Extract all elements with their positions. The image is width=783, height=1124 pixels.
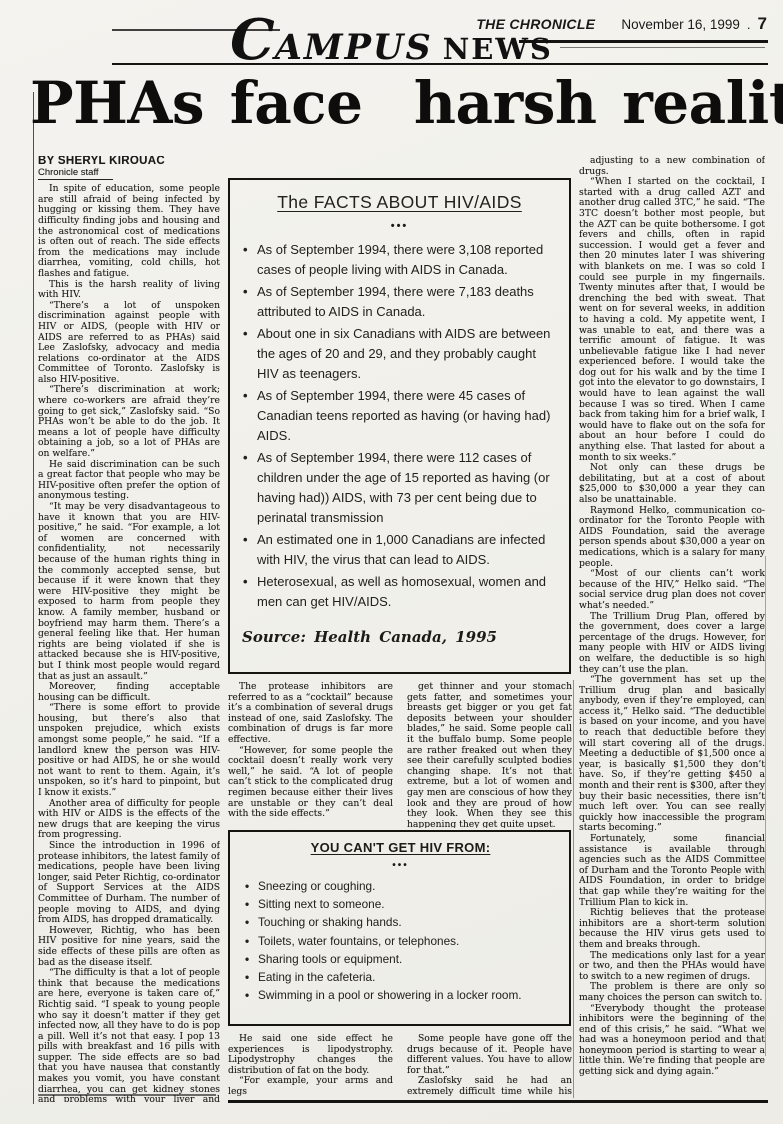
facts-bullet: As of September 1994, there were 7,183 d… xyxy=(242,282,557,322)
section-masthead: CAMPUSNEWS xyxy=(230,12,553,68)
middle-text-row: The protease inhibitors are referred to … xyxy=(228,682,572,828)
paragraph: Not only can these drugs be debilitating… xyxy=(579,463,765,505)
issue-date: November 16, 1999 xyxy=(621,17,740,32)
paragraph: He said one side effect he experiences i… xyxy=(228,1034,393,1076)
article-column-4: adjusting to a new combination of drugs.… xyxy=(579,156,765,1102)
header-rule xyxy=(519,40,768,43)
paragraph: Zaslofsky said he had an extremely diffi… xyxy=(407,1076,572,1096)
paragraph: “When I started on the cocktail, I start… xyxy=(579,177,765,463)
paragraph: “It may be very disadvantageous to have … xyxy=(38,502,220,682)
facts-source: Source: Health Canada, 1995 xyxy=(242,628,557,646)
paragraph: get thinner and your stomach gets fatter… xyxy=(407,682,572,828)
hiv-bullet-list: Sneezing or coughing.Sitting next to som… xyxy=(244,877,557,1004)
paragraph: Raymond Helko, communication co-ordinato… xyxy=(579,506,765,570)
issue-info: November 16, 1999 . 7 xyxy=(621,14,767,34)
hiv-bullet: Sneezing or coughing. xyxy=(244,877,557,895)
paragraph: This is the harsh reality of living with… xyxy=(38,280,220,301)
facts-bullet-list: As of September 1994, there were 3,108 r… xyxy=(242,240,557,612)
dots-divider-icon: ••• xyxy=(242,220,557,232)
masthead-news: NEWS xyxy=(443,32,553,66)
paragraph: “There’s a lot of unspoken discriminatio… xyxy=(38,301,220,386)
paragraph: “However, for some people the cocktail d… xyxy=(228,746,393,820)
masthead-campus: AMPUS xyxy=(275,27,433,68)
facts-bullet: Heterosexual, as well as homosexual, wom… xyxy=(242,572,557,612)
paragraph: In spite of education, some people are s… xyxy=(38,184,220,279)
facts-bullet: As of September 1994, there were 3,108 r… xyxy=(242,240,557,280)
bottom-left-column: He said one side effect he experiences i… xyxy=(228,1034,393,1096)
paragraph: “The difficulty is that a lot of people … xyxy=(38,968,220,1102)
byline: BY SHERYL KIROUAC xyxy=(38,156,220,167)
hiv-bullet: Touching or shaking hands. xyxy=(244,913,557,931)
paragraph: The protease inhibitors are referred to … xyxy=(228,682,393,746)
facts-bullet: As of September 1994, there were 45 case… xyxy=(242,386,557,446)
paragraph: The problem is there are only so many ch… xyxy=(579,982,765,1003)
middle-right-column: get thinner and your stomach gets fatter… xyxy=(407,682,572,828)
paragraph: “The government has set up the Trillium … xyxy=(579,675,765,834)
paragraph: Another area of difficulty for people wi… xyxy=(38,799,220,841)
page-number: 7 xyxy=(758,14,767,34)
bottom-text-row: He said one side effect he experiences i… xyxy=(228,1034,572,1096)
facts-bullet: As of September 1994, there were 112 cas… xyxy=(242,448,557,528)
hiv-bullet: Sitting next to someone. xyxy=(244,895,557,913)
paragraph: The medications only last for a year or … xyxy=(579,951,765,983)
column-1-paragraphs: In spite of education, some people are s… xyxy=(38,184,220,1102)
paragraph: The Trillium Drug Plan, offered by the g… xyxy=(579,612,765,676)
paragraph: “There is some effort to provide housing… xyxy=(38,703,220,798)
byline-role: Chronicle staff xyxy=(38,167,113,181)
article-headline: PHAs face harsh reality xyxy=(30,72,774,136)
middle-left-column: The protease inhibitors are referred to … xyxy=(228,682,393,828)
paragraph: “For example, your arms and legs xyxy=(228,1076,393,1096)
paragraph: Some people have gone off the drugs beca… xyxy=(407,1034,572,1076)
masthead-initial: C xyxy=(230,7,275,73)
paragraph: “There’s discrimination at work; where c… xyxy=(38,385,220,459)
dots-divider-icon: ••• xyxy=(244,860,557,871)
hiv-box-title: YOU CAN'T GET HIV FROM: xyxy=(244,840,557,855)
paragraph: “Everybody thought the protease inhibito… xyxy=(579,1004,765,1078)
right-edge-rule xyxy=(765,556,766,1056)
hiv-bullet: Eating in the cafeteria. xyxy=(244,968,557,986)
bottom-right-column: Some people have gone off the drugs beca… xyxy=(407,1034,572,1096)
paragraph: Richtig believes that the protease inhib… xyxy=(579,908,765,950)
facts-bullet: About one in six Canadians with AIDS are… xyxy=(242,324,557,384)
paragraph: However, Richtig, who has been HIV posit… xyxy=(38,926,220,968)
hiv-myths-box: YOU CAN'T GET HIV FROM: ••• Sneezing or … xyxy=(228,830,571,1026)
article-column-1: BY SHERYL KIROUAC Chronicle staff In spi… xyxy=(38,156,220,1102)
facts-box: The FACTS ABOUT HIV/AIDS ••• As of Septe… xyxy=(228,178,571,674)
paragraph: Moreover, finding acceptable housing can… xyxy=(38,682,220,703)
paragraph: “Most of our clients can’t work because … xyxy=(579,569,765,611)
mid-column-rule xyxy=(573,680,574,1098)
header-rule-thin xyxy=(560,47,765,48)
facts-box-title: The FACTS ABOUT HIV/AIDS xyxy=(242,192,557,213)
hiv-bullet: Sharing tools or equipment. xyxy=(244,950,557,968)
hiv-bullet: Toilets, water fountains, or telephones. xyxy=(244,932,557,950)
paragraph: Fortunately, some financial assistance i… xyxy=(579,834,765,908)
paragraph: He said discrimination can be such a gre… xyxy=(38,460,220,502)
facts-bullet: An estimated one in 1,000 Canadians are … xyxy=(242,530,557,570)
paragraph: Since the introduction in 1996 of protea… xyxy=(38,841,220,926)
paragraph: adjusting to a new combination of drugs. xyxy=(579,156,765,177)
hiv-bullet: Swimming in a pool or showering in a loc… xyxy=(244,986,557,1004)
header-separator: . xyxy=(747,17,751,32)
newspaper-page: THE CHRONICLE November 16, 1999 . 7 CAMP… xyxy=(0,0,783,1124)
left-column-rule xyxy=(33,92,34,1104)
